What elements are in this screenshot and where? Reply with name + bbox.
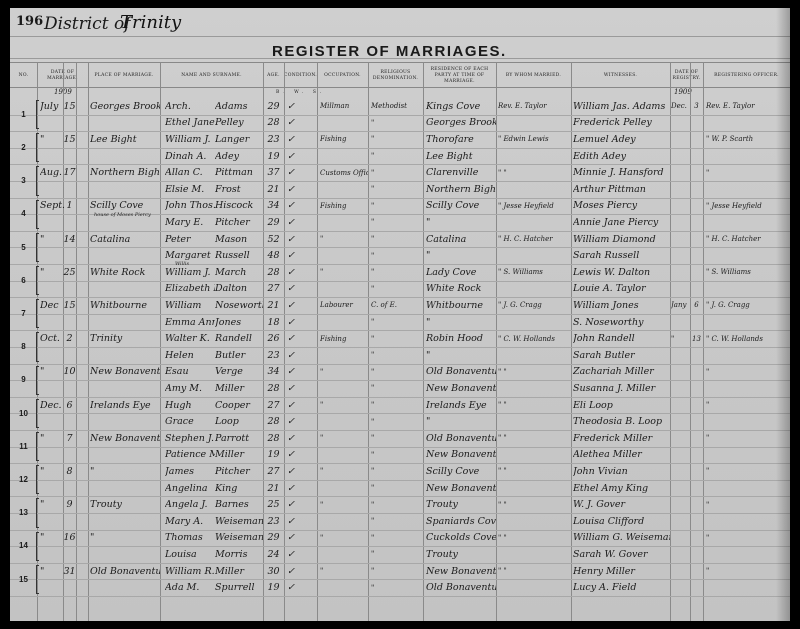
groom-religion: " [371,430,423,447]
groom-condition: ✓ [287,530,297,547]
groom-condition: ✓ [287,98,297,115]
marriage-day: 6 [63,397,76,414]
registry-month: " [671,330,690,347]
bride-religion: " [371,413,423,430]
bride-given-name: Dinah A. [165,148,215,165]
bride-residence: Trouty [426,546,496,563]
groom-condition: ✓ [287,131,297,148]
bride-witness: Susanna J. Miller [573,380,670,397]
bride-religion: " [371,115,423,132]
bride-religion: " [371,181,423,198]
groom-given-name: Hugh [165,397,215,414]
bride-surname: Jones [215,314,263,331]
bride-surname: Frost [215,181,263,198]
registry-day [690,463,703,480]
groom-condition: ✓ [287,496,297,513]
officiant: " " [498,164,571,181]
registry-month [671,264,690,281]
bride-condition: ✓ [287,115,297,132]
groom-witness: William Jas. Adams [573,98,670,115]
bride-age: 27 [263,281,284,298]
officiant: Rev. E. Taylor [498,98,571,115]
groom-witness: Eli Loop [573,397,670,414]
groom-residence: Clarenville [426,164,496,181]
groom-residence: New Bonaventure [426,563,496,580]
groom-religion: " [371,164,423,181]
groom-surname: Mason [215,231,263,248]
marriage-day: 17 [63,164,76,181]
marriage-place: New Bonaventure [90,364,160,381]
registry-month [671,231,690,248]
bride-residence: Georges Brook [426,115,496,132]
groom-given-name: Peter [165,231,215,248]
bride-witness: Sarah Russell [573,247,670,264]
bride-residence: New Bonaventure [426,480,496,497]
bride-witness: Arthur Pittman [573,181,670,198]
marriage-day: 31 [63,563,76,580]
groom-occupation: " [320,264,368,281]
bride-age: 21 [263,480,284,497]
bride-witness: Sarah W. Gover [573,546,670,563]
bride-age: 29 [263,214,284,231]
marriage-place: Trouty [90,496,160,513]
groom-condition: ✓ [287,198,297,215]
groom-occupation: Labourer [320,297,368,314]
bride-residence: New Bonaventure [426,380,496,397]
officiant: " H. C. Hatcher [498,231,571,248]
bride-condition: ✓ [287,214,297,231]
marriage-month: Aug. [40,164,64,181]
registry-day [690,231,703,248]
bride-surname: King [215,480,263,497]
bride-row: Dinah A. Adey 19 ✓ " Lee Bight Edith Ade… [10,148,790,165]
officiant: " " [498,430,571,447]
bride-witness: Louisa Clifford [573,513,670,530]
marriage-month: " [40,563,64,580]
marriage-month: " [40,430,64,447]
bride-surname: Spurrell [215,579,263,596]
bride-condition: ✓ [287,247,297,264]
bride-religion: " [371,148,423,165]
groom-residence: Old Bonaventure [426,364,496,381]
bride-witness: Lucy A. Field [573,579,670,596]
bride-row: Ethel Jane Pelley 28 ✓ " Georges Brook F… [10,115,790,132]
bride-surname: Russell [215,247,263,264]
registry-month [671,496,690,513]
registry-month [671,131,690,148]
groom-surname: Noseworthy [215,297,263,314]
bride-given-name: Grace [165,413,215,430]
groom-given-name: William J. [165,264,215,281]
registry-day [690,164,703,181]
groom-surname: Adams [215,98,263,115]
bride-age: 28 [263,115,284,132]
groom-condition: ✓ [287,231,297,248]
groom-row: 1 July 15 Georges Brook Arch. Adams 29 ✓… [10,98,790,115]
groom-surname: Miller [215,563,263,580]
groom-residence: Catalina [426,231,496,248]
officiant: " " [498,463,571,480]
bride-residence: White Rock [426,281,496,298]
groom-residence: Kings Cove [426,98,496,115]
bride-witness: Alethea Miller [573,447,670,464]
groom-religion: " [371,131,423,148]
groom-row: 15 " 31 Old Bonaventure William R. Mille… [10,563,790,580]
groom-occupation: " [320,397,368,414]
groom-surname: Pittman [215,164,263,181]
groom-given-name: Walter K. [165,330,215,347]
marriage-place: Trinity [90,330,160,347]
marriage-day: 16 [63,530,76,547]
header-registry-date: Date of Registry. [670,63,703,89]
bride-religion: " [371,480,423,497]
registry-day [690,563,703,580]
officiant: " " [498,530,571,547]
groom-occupation: " [320,463,368,480]
registry-day [690,364,703,381]
officiant: " " [498,364,571,381]
groom-witness: Lewis W. Dalton [573,264,670,281]
registry-month [671,563,690,580]
header-age: Age. [263,63,284,89]
marriage-day: 15 [63,297,76,314]
registry-day: 6 [690,297,703,314]
bride-residence: Lee Bight [426,148,496,165]
bride-condition: ✓ [287,380,297,397]
groom-occupation: " [320,231,368,248]
bride-row: Mary E. Pitcher 29 ✓ " " Annie Jane Pier… [10,214,790,231]
groom-surname: Weiseman [215,530,263,547]
groom-given-name: James [165,463,215,480]
groom-age: 27 [263,463,284,480]
groom-row: 13 " 9 Trouty Angela J. Barnes 25 ✓ " " … [10,496,790,513]
groom-residence: Scilly Cove [426,463,496,480]
marriage-month: " [40,496,64,513]
groom-surname: March [215,264,263,281]
groom-witness: John Randell [573,330,670,347]
groom-condition: ✓ [287,563,297,580]
marriage-month: " [40,463,64,480]
page-number: 196 [16,14,43,29]
bride-religion: " [371,513,423,530]
bride-religion: " [371,579,423,596]
bride-row: Elsie M. Frost 21 ✓ " Northern Bight Art… [10,181,790,198]
bride-row: Helen Butler 23 ✓ " " Sarah Butler [10,347,790,364]
bride-surname: Loop [215,413,263,430]
marriage-day: 8 [63,463,76,480]
groom-witness: Zachariah Miller [573,364,670,381]
groom-occupation: Customs Officer [320,164,368,181]
groom-row: 11 " 7 New Bonaventure Stephen J. Parrot… [10,430,790,447]
bride-row: Angelina King 21 ✓ " New Bonaventure Eth… [10,480,790,497]
groom-condition: ✓ [287,463,297,480]
marriage-month: Sept. [40,198,64,215]
bride-age: 23 [263,513,284,530]
divider [10,58,790,59]
bride-surname: Pitcher [215,214,263,231]
officiant: " J. G. Cragg [498,297,571,314]
bride-religion: " [371,447,423,464]
marriage-month: July [40,98,64,115]
groom-given-name: Stephen J. [165,430,215,447]
registry-day [690,496,703,513]
groom-witness: Henry Miller [573,563,670,580]
marriage-place: " [90,463,160,480]
groom-religion: " [371,264,423,281]
bride-age: 19 [263,148,284,165]
header-by-whom: By whom Married. [496,63,571,89]
district-label: District of [44,14,130,34]
groom-row: 2 " 15 Lee Bight William J. Langer 23 ✓ … [10,131,790,148]
groom-residence: Trouty [426,496,496,513]
bride-age: 28 [263,413,284,430]
registry-month [671,530,690,547]
groom-condition: ✓ [287,264,297,281]
groom-witness: William Jones [573,297,670,314]
registry-month [671,430,690,447]
groom-occupation: Millman [320,98,368,115]
marriage-month: " [40,530,64,547]
bride-row: Amy M. Miller 28 ✓ " New Bonaventure Sus… [10,380,790,397]
groom-witness: John Vivian [573,463,670,480]
header-religion: Religious Denomination. [368,63,423,89]
groom-given-name: William [165,297,215,314]
groom-condition: ✓ [287,164,297,181]
bride-age: 48 [263,247,284,264]
bride-age: 21 [263,181,284,198]
groom-witness: W. J. Gover [573,496,670,513]
groom-occupation: Fishing [320,198,368,215]
groom-religion: " [371,563,423,580]
groom-residence: Robin Hood [426,330,496,347]
registry-day [690,131,703,148]
bride-condition: ✓ [287,148,297,165]
groom-surname: Hiscock [215,198,263,215]
bride-row: Patience M. Miller 19 ✓ " New Bonaventur… [10,447,790,464]
groom-row: 4 Sept. 1 Scilly Cove John Thos. Hiscock… [10,198,790,215]
marriage-day: 15 [63,98,76,115]
bride-given-name: Emma Ann [165,314,215,331]
officiant: " " [498,563,571,580]
groom-row: 8 Oct. 2 Trinity Walter K. Randell 26 ✓ … [10,330,790,347]
groom-given-name: Esau [165,364,215,381]
groom-row: 14 " 16 " Thomas Weiseman 29 ✓ " " Cucko… [10,530,790,547]
marriage-place: " [90,530,160,547]
officiant: " S. Williams [498,264,571,281]
groom-given-name: William J. [165,131,215,148]
bride-witness: Edith Adey [573,148,670,165]
groom-surname: Langer [215,131,263,148]
groom-row: 6 " 25 White Rock William J. March 28 ✓ … [10,264,790,281]
groom-condition: ✓ [287,297,297,314]
marriage-place: New Bonaventure [90,430,160,447]
groom-religion: " [371,364,423,381]
groom-surname: Barnes [215,496,263,513]
bride-given-name: Louisa [165,546,215,563]
groom-residence: Lady Cove [426,264,496,281]
district-name: Trinity [120,12,181,33]
marriage-month: " [40,264,64,281]
register-page: 196 District of Trinity REGISTER OF MARR… [10,8,790,621]
groom-residence: Irelands Eye [426,397,496,414]
bride-witness: S. Noseworthy [573,314,670,331]
header-no: No. [10,63,37,89]
bride-religion: " [371,347,423,364]
groom-age: 52 [263,231,284,248]
groom-age: 34 [263,198,284,215]
marriage-day: 1 [63,198,76,215]
groom-residence: Old Bonaventure [426,430,496,447]
bride-residence: " [426,347,496,364]
bride-residence: " [426,214,496,231]
bride-religion: " [371,281,423,298]
bride-witness: Sarah Butler [573,347,670,364]
header-occupation: Occupation. [317,63,368,89]
groom-age: 21 [263,297,284,314]
marriage-day: 14 [63,231,76,248]
bride-religion: " [371,214,423,231]
groom-religion: " [371,530,423,547]
groom-given-name: Thomas [165,530,215,547]
groom-witness: Moses Piercy [573,198,670,215]
bride-age: 18 [263,314,284,331]
bride-given-name: Angelina [165,480,215,497]
groom-given-name: John Thos. [165,198,215,215]
groom-given-name: Arch. [165,98,215,115]
registry-month [671,164,690,181]
bride-given-name: Margaret [165,247,215,264]
registry-month [671,463,690,480]
officiant: " " [498,496,571,513]
bride-surname: Butler [215,347,263,364]
marriage-place: Whitbourne [90,297,160,314]
bride-residence: Old Bonaventure [426,579,496,596]
bride-condition: ✓ [287,314,297,331]
marriage-place: Scilly Cove [90,198,160,215]
groom-age: 28 [263,430,284,447]
bride-surname: Pelley [215,115,263,132]
groom-witness: Lemuel Adey [573,131,670,148]
marriage-place: Georges Brook [90,98,160,115]
groom-religion: " [371,397,423,414]
groom-religion: " [371,231,423,248]
marriage-month: " [40,131,64,148]
bride-condition: ✓ [287,347,297,364]
bride-residence: " [426,247,496,264]
groom-residence: Thorofare [426,131,496,148]
groom-occupation: " [320,496,368,513]
bride-given-name: Patience M. [165,447,215,464]
groom-row: 10 Dec. 6 Irelands Eye Hugh Cooper 27 ✓ … [10,397,790,414]
marriage-place: Old Bonaventure [90,563,160,580]
groom-religion: " [371,496,423,513]
bride-row: Emma Ann Jones 18 ✓ " " S. Noseworthy [10,314,790,331]
marriage-day: 2 [63,330,76,347]
groom-witness: William G. Weiseman [573,530,670,547]
bride-condition: ✓ [287,181,297,198]
bride-surname: Miller [215,380,263,397]
header-name: Name and Surname. [160,63,263,89]
registry-month: Dec. [671,98,690,115]
groom-religion: " [371,198,423,215]
bride-witness: Annie Jane Piercy [573,214,670,231]
bride-surname: Dalton [215,281,263,298]
groom-residence: Scilly Cove [426,198,496,215]
registry-day [690,397,703,414]
header-place: Place of Marriage. [88,63,160,89]
marriage-place: Catalina [90,231,160,248]
marriage-month: " [40,364,64,381]
bride-given-name: Ada M. [165,579,215,596]
bride-condition: ✓ [287,546,297,563]
bride-age: 23 [263,347,284,364]
groom-condition: ✓ [287,397,297,414]
bride-age: 28 [263,380,284,397]
bride-witness: Theodosia B. Loop [573,413,670,430]
marriage-month: " [40,231,64,248]
groom-surname: Randell [215,330,263,347]
bride-given-name: Mary E. [165,214,215,231]
divider [10,36,790,37]
groom-age: 30 [263,563,284,580]
groom-occupation: " [320,530,368,547]
bride-given-name: Elsie M. [165,181,215,198]
groom-occupation: Fishing [320,330,368,347]
marriage-day: 9 [63,496,76,513]
bride-row: Elizabeth M. Dalton 27 ✓ " White Rock Lo… [10,281,790,298]
groom-surname: Pitcher [215,463,263,480]
bride-witness: Louie A. Taylor [573,281,670,298]
marriage-place: Northern Bight [90,164,160,181]
bride-residence: " [426,413,496,430]
bride-given-name: Mary A. [165,513,215,530]
bride-witness: Ethel Amy King [573,480,670,497]
groom-given-name: Angela J. [165,496,215,513]
bride-religion: " [371,247,423,264]
bride-row: Ada M. Spurrell 19 ✓ " Old Bonaventure L… [10,579,790,596]
bride-surname: Weiseman [215,513,263,530]
marriage-day: 10 [63,364,76,381]
page-edge-shadow [776,8,790,621]
bride-surname: Miller [215,447,263,464]
marriage-place: Irelands Eye [90,397,160,414]
groom-witness: Frederick Miller [573,430,670,447]
groom-religion: C. of E. [371,297,423,314]
officiant: " Jesse Heyfield [498,198,571,215]
registry-day [690,530,703,547]
groom-condition: ✓ [287,364,297,381]
registry-day: 3 [690,98,703,115]
officiant: " " [498,397,571,414]
groom-row: 12 " 8 " James Pitcher 27 ✓ " " Scilly C… [10,463,790,480]
groom-row: 5 " 14 Catalina Peter Mason 52 ✓ " " Cat… [10,231,790,248]
marriage-month: Oct. [40,330,64,347]
groom-age: 29 [263,530,284,547]
registry-month [671,364,690,381]
groom-given-name: Allan C. [165,164,215,181]
bride-condition: ✓ [287,513,297,530]
groom-age: 37 [263,164,284,181]
officiant: " C. W. Hollands [498,330,571,347]
bride-row: Mary A. Weiseman 23 ✓ " Spaniards Cove L… [10,513,790,530]
groom-witness: William Diamond [573,231,670,248]
groom-row: 3 Aug. 17 Northern Bight Allan C. Pittma… [10,164,790,181]
bride-condition: ✓ [287,413,297,430]
bride-given-name: Ethel Jane [165,115,215,132]
marriage-day: 7 [63,430,76,447]
bride-given-name: Helen [165,347,215,364]
bride-residence: Northern Bight [426,181,496,198]
